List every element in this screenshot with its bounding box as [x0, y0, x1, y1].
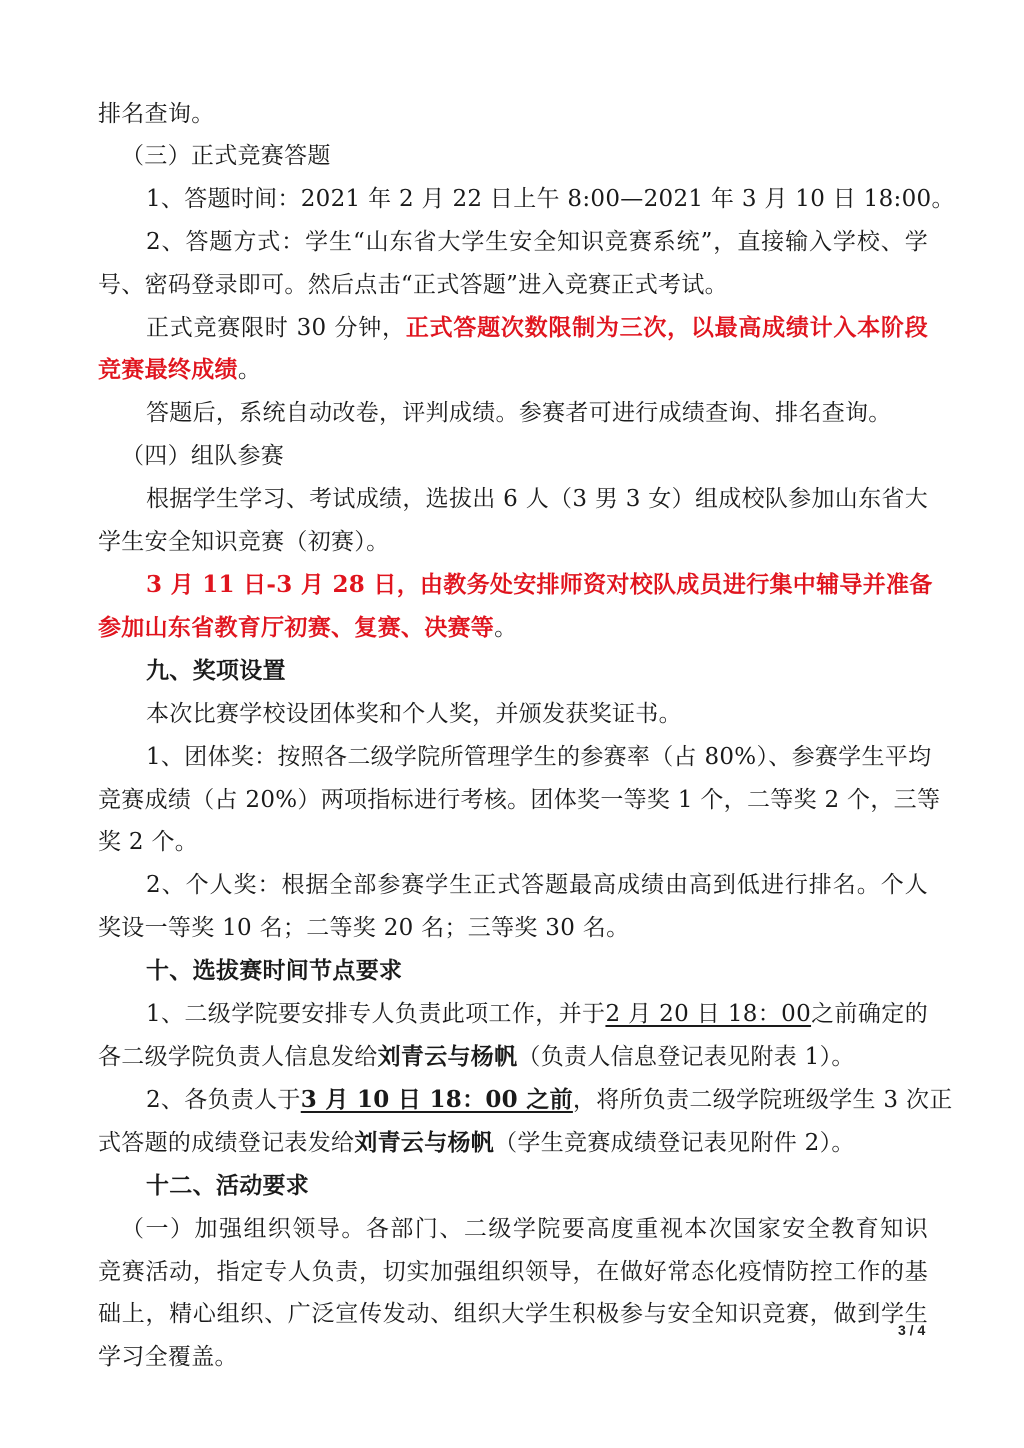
underlined-deadline: 3 月 10 日 18：00 之前	[301, 1086, 573, 1113]
paragraph-line: 学生安全知识竞赛（初赛）。	[98, 528, 928, 556]
section-heading-team: （四）组队参赛	[121, 442, 928, 470]
plain-text: 式答题的成绩登记表发给	[98, 1130, 354, 1156]
answer-method-line: 2、答题方式：学生“山东省大学生安全知识竞赛系统”，直接输入学校、学	[146, 228, 928, 256]
plain-text: 正式竞赛限时 30 分钟，	[146, 315, 406, 341]
contact-names: 刘青云与杨帆	[354, 1129, 494, 1156]
paragraph-line: （一）加强组织领导。各部门、二级学院要高度重视本次国家安全教育知识	[121, 1215, 928, 1243]
section-heading-awards: 九、奖项设置	[146, 657, 928, 685]
paragraph-line: 本次比赛学校设团体奖和个人奖，并颁发获奖证书。	[146, 700, 928, 728]
paragraph-line: 奖设一等奖 10 名；二等奖 20 名；三等奖 30 名。	[98, 914, 928, 942]
paragraph-line: 竞赛最终成绩。	[98, 356, 928, 384]
paragraph-line: 根据学生学习、考试成绩，选拔出 6 人（3 男 3 女）组成校队参加山东省大	[146, 485, 928, 513]
paragraph-line: 各二级学院负责人信息发给刘青云与杨帆（负责人信息登记表见附表 1）。	[98, 1043, 928, 1071]
section-heading-requirements: 十二、活动要求	[146, 1172, 928, 1200]
page-number: 3 / 4	[898, 1322, 925, 1338]
plain-text: 2、各负责人于	[146, 1087, 301, 1113]
plain-text: （负责人信息登记表见附表 1）。	[517, 1044, 854, 1070]
plain-text: ，将所负责二级学院班级学生 3 次正	[573, 1087, 953, 1113]
answer-time-line: 1、答题时间：2021 年 2 月 22 日上午 8:00—2021 年 3 月…	[146, 185, 928, 213]
paragraph-line: 竞赛活动，指定专人负责，切实加强组织领导，在做好常态化疫情防控工作的基	[98, 1258, 928, 1286]
red-emphasis-text: 竞赛最终成绩	[98, 356, 238, 383]
document-page: 排名查询。 （三）正式竞赛答题 1、答题时间：2021 年 2 月 22 日上午…	[0, 0, 1024, 1448]
individual-award-line: 2、个人奖：根据全部参赛学生正式答题最高成绩由高到低进行排名。个人	[146, 871, 928, 899]
deadline-line-2: 2、各负责人于3 月 10 日 18：00 之前，将所负责二级学院班级学生 3 …	[146, 1086, 928, 1114]
underlined-deadline: 2 月 20 日 18：00	[605, 1001, 811, 1027]
plain-text: 之前确定的	[811, 1001, 928, 1027]
red-emphasis-line: 3 月 11 日-3 月 28 日，由教务处安排师资对校队成员进行集中辅导并准备	[146, 571, 928, 599]
time-limit-line: 正式竞赛限时 30 分钟，正式答题次数限制为三次，以最高成绩计入本阶段	[146, 314, 928, 342]
paragraph-line: 奖 2 个。	[98, 828, 928, 856]
plain-text: 各二级学院负责人信息发给	[98, 1044, 378, 1070]
section-heading-formal-competition: （三）正式竞赛答题	[121, 142, 928, 170]
contact-names: 刘青云与杨帆	[378, 1043, 518, 1070]
paragraph-line: 式答题的成绩登记表发给刘青云与杨帆（学生竞赛成绩登记表见附件 2）。	[98, 1129, 928, 1157]
paragraph-line: 础上，精心组织、广泛宣传发动、组织大学生积极参与安全知识竞赛，做到学生	[98, 1300, 928, 1328]
paragraph-line: 学习全覆盖。	[98, 1343, 928, 1371]
paragraph-line: 答题后，系统自动改卷，评判成绩。参赛者可进行成绩查询、排名查询。	[146, 399, 928, 427]
team-award-line: 1、团体奖：按照各二级学院所管理学生的参赛率（占 80%）、参赛学生平均	[146, 743, 928, 771]
plain-text: 。	[238, 357, 261, 383]
paragraph-line: 竞赛成绩（占 20%）两项指标进行考核。团体奖一等奖 1 个，二等奖 2 个，三…	[98, 786, 928, 814]
paragraph-line: 排名查询。	[98, 100, 928, 128]
red-emphasis-text: 参加山东省教育厅初赛、复赛、决赛等	[98, 614, 494, 641]
plain-text: 。	[494, 615, 517, 641]
paragraph-line: 参加山东省教育厅初赛、复赛、决赛等。	[98, 614, 928, 642]
paragraph-line: 号、密码登录即可。然后点击“正式答题”进入竞赛正式考试。	[98, 271, 928, 299]
plain-text: 1、二级学院要安排专人负责此项工作，并于	[146, 1001, 605, 1027]
plain-text: （学生竞赛成绩登记表见附件 2）。	[494, 1130, 855, 1156]
deadline-line-1: 1、二级学院要安排专人负责此项工作，并于2 月 20 日 18：00之前确定的	[146, 1000, 928, 1028]
section-heading-timeline: 十、选拔赛时间节点要求	[146, 957, 928, 985]
red-emphasis-text: 正式答题次数限制为三次，以最高成绩计入本阶段	[406, 314, 928, 341]
